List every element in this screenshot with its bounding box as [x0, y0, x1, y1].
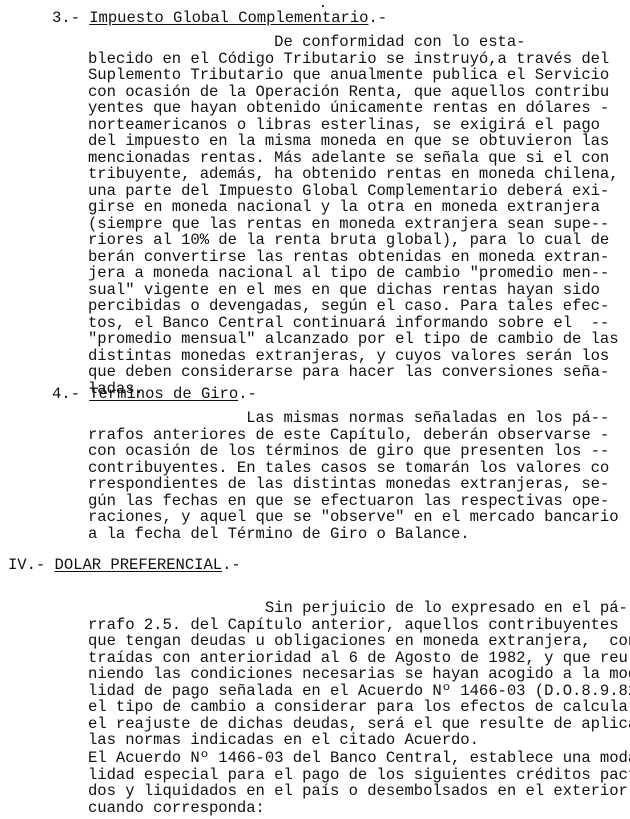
body-text-line: lidad especial para el pago de los sigui…: [88, 767, 630, 784]
section-4-title-suffix: .-: [238, 385, 257, 403]
body-text-line: con ocasión de la Operación Renta, que a…: [88, 84, 609, 101]
body-text-line: (siempre que las rentas en moneda extran…: [88, 216, 609, 233]
body-text-line: traídas con anterioridad al 6 de Agosto …: [88, 650, 630, 667]
body-text-line: que deben considerarse para hacer las co…: [88, 364, 609, 381]
body-text-line: del impuesto en la misma moneda en que s…: [88, 133, 609, 150]
body-text-line: gún las fechas en que se efectuaron las …: [88, 493, 609, 510]
section-3-title-suffix: .-: [368, 9, 387, 27]
body-text-line: tos, el Banco Central continuará informa…: [88, 315, 609, 332]
body-text-line: "promedio mensual" alcanzado por el tipo…: [88, 331, 619, 348]
body-text-line: el tipo de cambio a considerar para los …: [88, 699, 630, 716]
body-text-line: norteamericanos o libras esterlinas, se …: [88, 117, 600, 134]
body-text-line: percibidas o devengadas, según el caso. …: [88, 298, 609, 315]
body-text-line: distintas monedas extranjeras, y cuyos v…: [88, 348, 609, 365]
body-text-line: sual" vigente en el mes en que dichas re…: [88, 282, 600, 299]
body-text-line: raciones, y aquel que se "observe" en el…: [88, 509, 619, 526]
body-text-line: mencionadas rentas. Más adelante se seña…: [88, 150, 609, 167]
section-iv-title-suffix: .-: [222, 556, 241, 574]
body-text-line: a la fecha del Término de Giro o Balance…: [88, 526, 470, 543]
body-text-line: cuando corresponda:: [88, 800, 265, 817]
body-text-line: que tengan deudas u obligaciones en mone…: [88, 633, 630, 650]
body-text-line: riores al 10% de la renta bruta global),…: [88, 232, 609, 249]
section-4-heading: 4.- Términos de Giro.-: [52, 386, 257, 403]
body-text-line: rrafo 2.5. del Capítulo anterior, aquell…: [88, 617, 630, 634]
body-text-line: lidad de pago señalada en el Acuerdo Nº …: [88, 683, 630, 700]
body-text-line: jera a moneda nacional al tipo de cambio…: [88, 265, 609, 282]
body-text-line: Sin perjuicio de lo expresado en el pá-: [88, 600, 628, 617]
body-text-line: con ocasión de los términos de giro que …: [88, 443, 609, 460]
body-text-line: El Acuerdo Nº 1466-03 del Banco Central,…: [88, 750, 630, 767]
body-text-line: contribuyentes. En tales casos se tomará…: [88, 460, 609, 477]
body-text-line: niendo las condiciones necesarias se hay…: [88, 666, 630, 683]
body-text-line: Suplemento Tributario que anualmente pub…: [88, 67, 609, 84]
body-text-line: girse en moneda nacional y la otra en mo…: [88, 199, 600, 216]
section-3-number: 3.-: [52, 9, 80, 27]
body-text-line: blecido en el Código Tributario se instr…: [88, 51, 609, 68]
section-4-title: Términos de Giro: [89, 385, 238, 403]
body-text-line: dos y liquidados en el país o desembolsa…: [88, 783, 630, 800]
section-iv-title: DOLAR PREFERENCIAL: [55, 556, 223, 574]
body-text-line: las normas indicadas en el citado Acuerd…: [88, 732, 479, 749]
section-iv-heading: IV.- DOLAR PREFERENCIAL.-: [8, 557, 241, 574]
body-text-line: el reajuste de dichas deudas, será el qu…: [88, 716, 630, 733]
body-text-line: berán convertirse las rentas obtenidas e…: [88, 249, 609, 266]
body-text-line: rrespondientes de las distintas monedas …: [88, 476, 609, 493]
section-iv-number: IV.-: [8, 556, 45, 574]
body-text-line: De conformidad con lo esta-: [88, 34, 525, 51]
body-text-line: yentes que hayan obtenido únicamente ren…: [88, 100, 609, 117]
body-text-line: una parte del Impuesto Global Complement…: [88, 183, 609, 200]
section-4-number: 4.-: [52, 385, 80, 403]
body-text-line: rrafos anteriores de este Capítulo, debe…: [88, 427, 609, 444]
body-text-line: Las mismas normas señaladas en los pá--: [88, 410, 609, 427]
section-3-heading: 3.- Impuesto Global Complementario.-: [52, 10, 387, 27]
body-text-line: tribuyente, además, ha obtenido rentas e…: [88, 166, 619, 183]
section-3-title: Impuesto Global Complementario: [89, 9, 368, 27]
scan-speck: [322, 5, 324, 7]
